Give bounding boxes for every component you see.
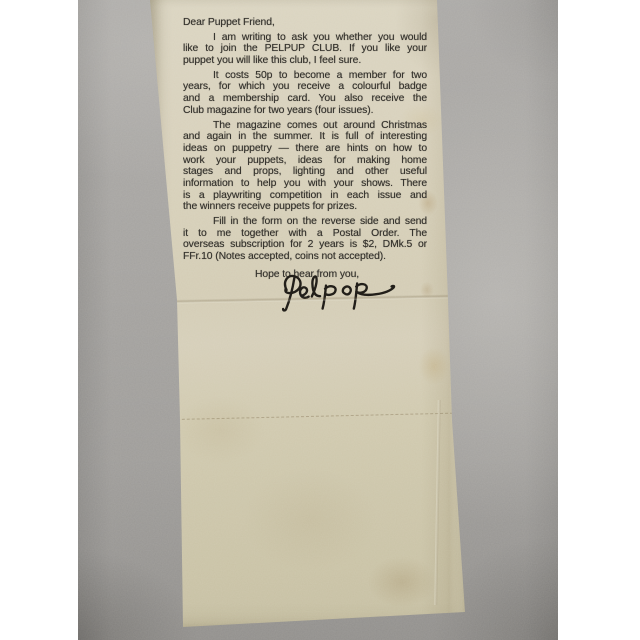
- photo-of-letter-on-fabric: Dear Puppet Friend, I am writing to ask …: [78, 0, 558, 640]
- letter-line: The magazine comes out around Christmas: [183, 120, 427, 132]
- letter-line: years, for which you receive a colourful…: [183, 81, 427, 93]
- letter-line: Club magazine for two years (four issues…: [183, 105, 427, 117]
- letter-line: work your puppets, ideas for making home: [183, 155, 427, 167]
- paragraph: Fill in the form on the reverse side and…: [183, 216, 427, 263]
- letter-line: is a playwriting competition in each iss…: [183, 190, 427, 202]
- letter-line: stages and props, lighting and other use…: [183, 166, 427, 178]
- letter-line: information to help you with your shows.…: [183, 178, 427, 190]
- letter-paper: Dear Puppet Friend, I am writing to ask …: [150, 0, 465, 630]
- salutation-line: Dear Puppet Friend,: [183, 17, 427, 29]
- vertical-edge-crease: [434, 400, 441, 605]
- signature-pelpop: [241, 263, 401, 320]
- paragraph: It costs 50p to become a member for twoy…: [183, 70, 427, 117]
- letter-line: FFr.10 (Notes accepted, coins not accept…: [183, 251, 427, 263]
- signature-ink-drawing: [241, 263, 401, 320]
- letter-line: It costs 50p to become a member for two: [183, 70, 427, 82]
- letter-line: it to me together with a Postal Order. T…: [183, 228, 427, 240]
- letter-line: Fill in the form on the reverse side and…: [183, 216, 427, 228]
- letter-line: the winners receive puppets for prizes.: [183, 201, 427, 213]
- letter-line: I am writing to ask you whether you woul…: [183, 32, 427, 44]
- letter-line: overseas subscription for 2 years is $2,…: [183, 239, 427, 251]
- letter-line: ideas on puppetry — there are hints on h…: [183, 143, 427, 155]
- paragraph: The magazine comes out around Christmasa…: [183, 120, 427, 214]
- perforation-dashed-line: [152, 412, 463, 420]
- paragraph: I am writing to ask you whether you woul…: [183, 32, 427, 67]
- letter-line: and again in the summer. It is full of i…: [183, 131, 427, 143]
- letter-body: Dear Puppet Friend, I am writing to ask …: [183, 0, 427, 281]
- letter-line: like to join the PELPUP CLUB. If you lik…: [183, 43, 427, 55]
- letter-line: puppet you will like this club, I feel s…: [183, 55, 427, 67]
- letter-paragraphs: I am writing to ask you whether you woul…: [183, 32, 427, 263]
- screenshot-canvas: Dear Puppet Friend, I am writing to ask …: [0, 0, 640, 640]
- letter-line: and a membership card. You also receive …: [183, 93, 427, 105]
